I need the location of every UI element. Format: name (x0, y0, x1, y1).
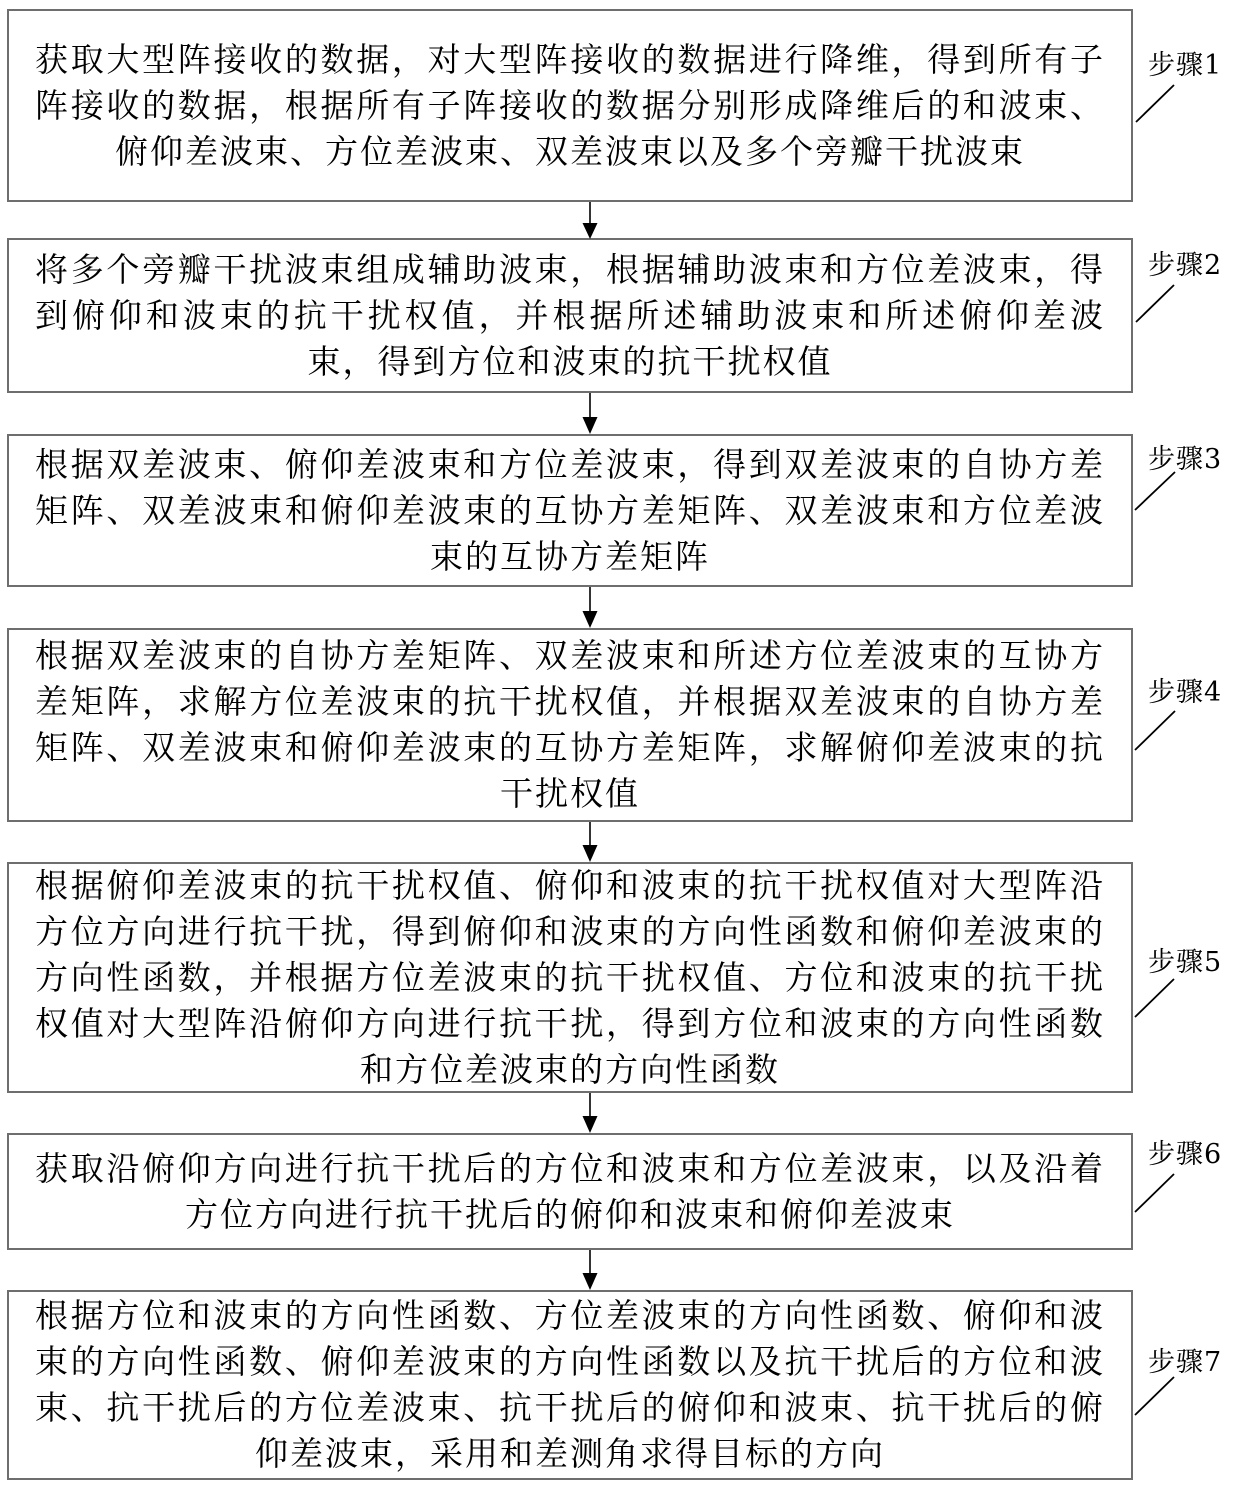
step-7-label: 步骤7 (1148, 1340, 1222, 1379)
step-3-box: 根据双差波束、俯仰差波束和方位差波束，得到双差波束的自协方差矩阵、双差波束和俯仰… (7, 434, 1133, 587)
step-2-box: 将多个旁瓣干扰波束组成辅助波束，根据辅助波束和方位差波束，得到俯仰和波束的抗干扰… (7, 238, 1133, 393)
step-5-text: 根据俯仰差波束的抗干扰权值、俯仰和波束的抗干扰权值对大型阵沿方位方向进行抗干扰，… (9, 861, 1131, 1095)
step-6-leader-line (1135, 1174, 1174, 1212)
step-7-box: 根据方位和波束的方向性函数、方位差波束的方向性函数、俯仰和波束的方向性函数、俯仰… (7, 1290, 1133, 1480)
down-arrow-icon-4 (583, 822, 598, 862)
step-5-label: 步骤5 (1148, 940, 1222, 979)
down-arrow-icon-6 (583, 1250, 598, 1290)
step-1-leader-line (1136, 85, 1174, 122)
down-arrow-icon-1 (583, 202, 598, 239)
step-6-text: 获取沿俯仰方向进行抗干扰后的方位和波束和方位差波束，以及沿着方位方向进行抗干扰后… (9, 1144, 1131, 1240)
step-3-label: 步骤3 (1148, 437, 1222, 476)
down-arrow-icon-2 (583, 393, 598, 434)
step-1-text: 获取大型阵接收的数据，对大型阵接收的数据进行降维，得到所有子阵接收的数据，根据所… (9, 35, 1131, 177)
step-4-label: 步骤4 (1148, 670, 1222, 709)
step-3-text: 根据双差波束、俯仰差波束和方位差波束，得到双差波束的自协方差矩阵、双差波束和俯仰… (9, 440, 1131, 582)
step-4-text: 根据双差波束的自协方差矩阵、双差波束和所述方位差波束的互协方差矩阵，求解方位差波… (9, 631, 1131, 819)
step-7-text: 根据方位和波束的方向性函数、方位差波束的方向性函数、俯仰和波束的方向性函数、俯仰… (9, 1291, 1131, 1479)
step-2-text: 将多个旁瓣干扰波束组成辅助波束，根据辅助波束和方位差波束，得到俯仰和波束的抗干扰… (9, 245, 1131, 387)
step-1-box: 获取大型阵接收的数据，对大型阵接收的数据进行降维，得到所有子阵接收的数据，根据所… (7, 9, 1133, 202)
step-2-leader-line (1136, 285, 1174, 322)
step-7-leader-line (1135, 1377, 1174, 1415)
down-arrow-icon-3 (583, 587, 598, 628)
step-6-box: 获取沿俯仰方向进行抗干扰后的方位和波束和方位差波束，以及沿着方位方向进行抗干扰后… (7, 1133, 1133, 1250)
down-arrow-icon-5 (583, 1093, 598, 1133)
step-6-label: 步骤6 (1148, 1132, 1222, 1171)
step-5-box: 根据俯仰差波束的抗干扰权值、俯仰和波束的抗干扰权值对大型阵沿方位方向进行抗干扰，… (7, 862, 1133, 1093)
step-4-box: 根据双差波束的自协方差矩阵、双差波束和所述方位差波束的互协方差矩阵，求解方位差波… (7, 628, 1133, 822)
step-5-leader-line (1135, 979, 1174, 1017)
step-2-label: 步骤2 (1148, 243, 1222, 282)
flowchart-canvas: 获取大型阵接收的数据，对大型阵接收的数据进行降维，得到所有子阵接收的数据，根据所… (0, 0, 1240, 1493)
step-1-label: 步骤1 (1148, 43, 1222, 82)
step-4-leader-line (1135, 711, 1175, 750)
step-3-leader-line (1135, 472, 1175, 510)
